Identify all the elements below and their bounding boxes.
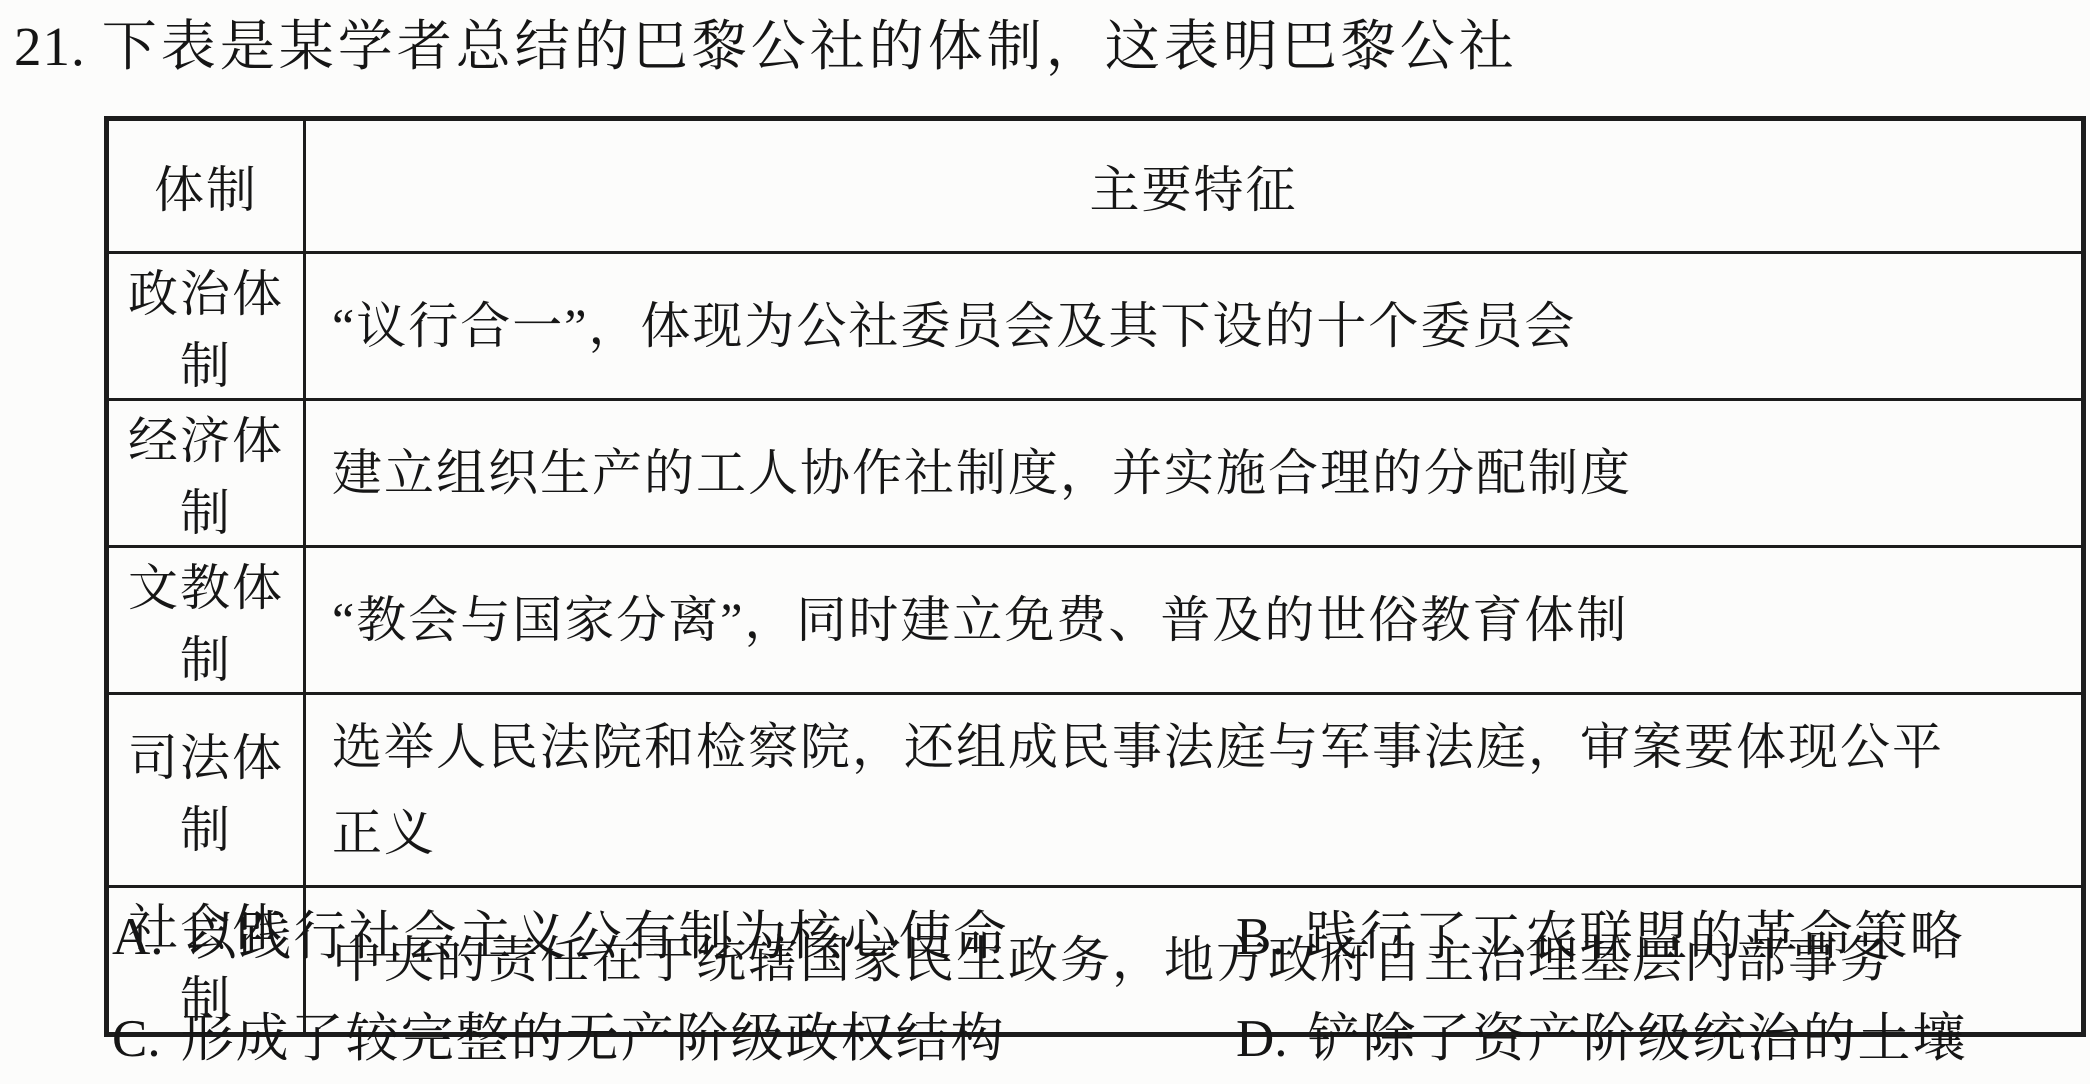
table-row: 司法体制 选举人民法院和检察院，还组成民事法庭与军事法庭，审案要体现公平正义	[107, 694, 2084, 887]
feature-cell: 建立组织生产的工人协作社制度，并实施合理的分配制度	[305, 400, 2084, 547]
option-a-label: A.	[112, 908, 164, 966]
table-row: 政治体制 “议行合一”，体现为公社委员会及其下设的十个委员会	[107, 253, 2084, 400]
option-a: A.以践行社会主义公有制为核心使命	[112, 894, 1236, 970]
header-system: 体制	[107, 119, 305, 253]
exam-page: 21.下表是某学者总结的巴黎公社的体制，这表明巴黎公社 体制 主要特征 政治体制…	[0, 0, 2090, 1084]
option-c-label: C.	[112, 1010, 161, 1068]
system-cell: 经济体制	[107, 400, 305, 547]
system-cell: 司法体制	[107, 694, 305, 887]
option-b-text: 践行了工农联盟的革命策略	[1305, 908, 1965, 966]
option-b: B.践行了工农联盟的革命策略	[1236, 894, 2078, 970]
table-row: 文教体制 “教会与国家分离”，同时建立免费、普及的世俗教育体制	[107, 547, 2084, 694]
table-row: 经济体制 建立组织生产的工人协作社制度，并实施合理的分配制度	[107, 400, 2084, 547]
option-d-label: D.	[1236, 1010, 1288, 1068]
option-d-text: 铲除了资产阶级统治的土壤	[1308, 1010, 1968, 1068]
question-stem: 下表是某学者总结的巴黎公社的体制，这表明巴黎公社	[102, 16, 1518, 77]
system-cell: 政治体制	[107, 253, 305, 400]
options-row-cd: C.形成了较完整的无产阶级政权结构 D.铲除了资产阶级统治的土壤	[112, 986, 2078, 1082]
options-row-ab: A.以践行社会主义公有制为核心使命 B.践行了工农联盟的革命策略	[112, 884, 2078, 980]
option-c: C.形成了较完整的无产阶级政权结构	[112, 996, 1236, 1072]
option-a-text: 以践行社会主义公有制为核心使命	[184, 908, 1009, 966]
feature-cell: “教会与国家分离”，同时建立免费、普及的世俗教育体制	[305, 547, 2084, 694]
question-stem-line: 21.下表是某学者总结的巴黎公社的体制，这表明巴黎公社	[14, 2, 1518, 81]
header-feature: 主要特征	[305, 119, 2084, 253]
question-number: 21.	[14, 16, 86, 77]
table-header-row: 体制 主要特征	[107, 119, 2084, 253]
feature-cell: “议行合一”，体现为公社委员会及其下设的十个委员会	[305, 253, 2084, 400]
option-b-label: B.	[1236, 908, 1285, 966]
option-c-text: 形成了较完整的无产阶级政权结构	[181, 1010, 1006, 1068]
option-d: D.铲除了资产阶级统治的土壤	[1236, 996, 2078, 1072]
system-cell: 文教体制	[107, 547, 305, 694]
feature-cell: 选举人民法院和检察院，还组成民事法庭与军事法庭，审案要体现公平正义	[305, 694, 2084, 887]
